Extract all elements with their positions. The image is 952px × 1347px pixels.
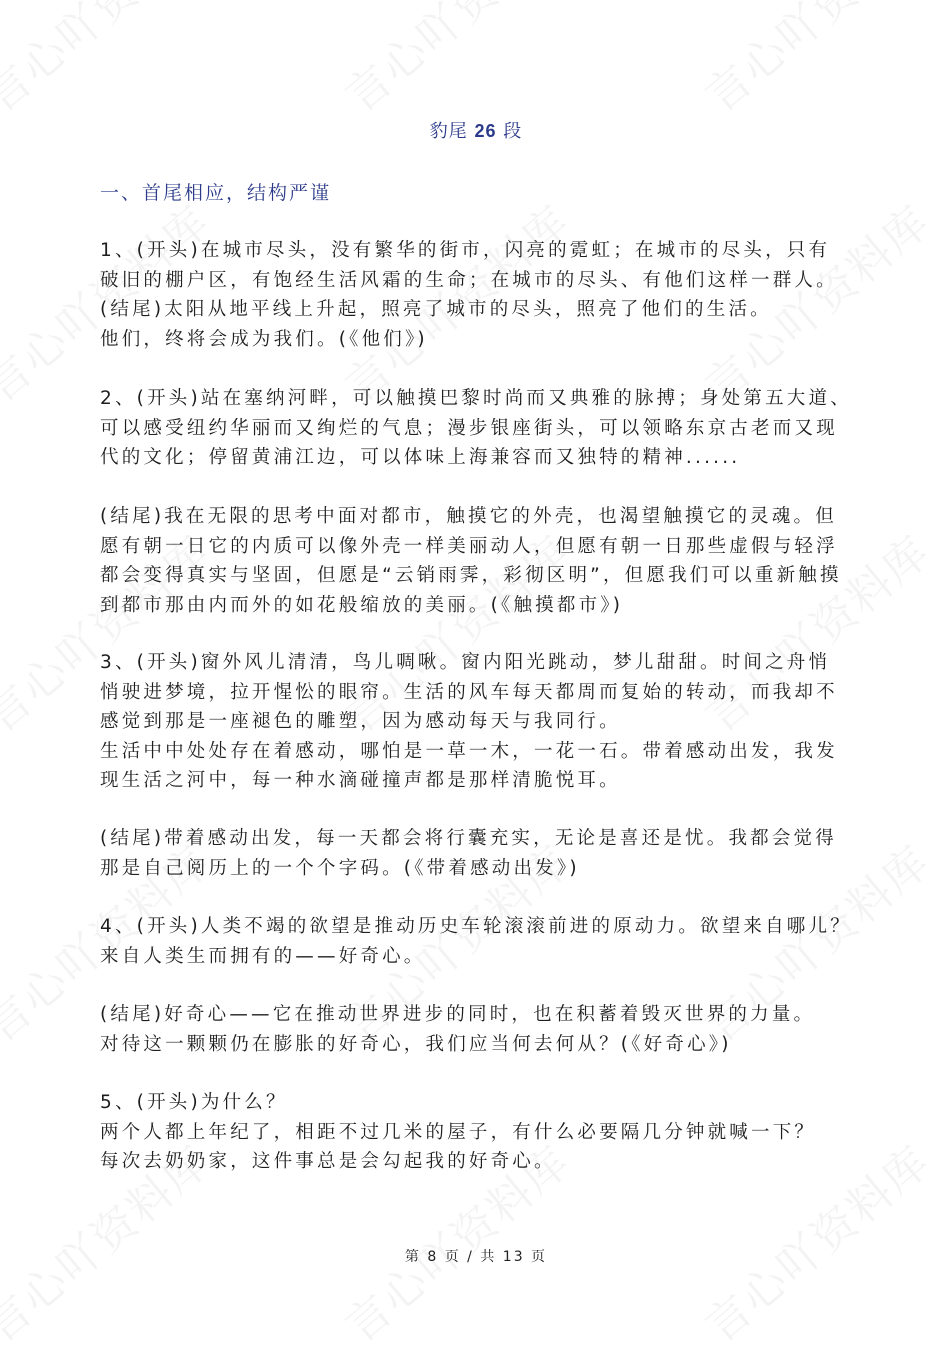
paragraph-line: 1、(开头)在城市尽头，没有繁华的街市，闪亮的霓虹；在城市的尽头，只有: [100, 236, 860, 266]
title-suffix: 段: [503, 121, 522, 142]
paragraph-line: (结尾)好奇心——它在推动世界进步的同时，也在积蓄着毁灭世界的力量。: [100, 1000, 860, 1030]
paragraph-line: 3、(开头)窗外风儿清清，鸟儿啁啾。窗内阳光跳动，梦儿甜甜。时间之舟悄: [100, 648, 860, 678]
paragraph-line: 对待这一颗颗仍在膨胀的好奇心，我们应当何去何从？(《好奇心》): [100, 1030, 860, 1060]
paragraph-line: 生活中中处处存在着感动，哪怕是一草一木，一花一石。带着感动出发，我发: [100, 737, 860, 767]
paragraph: 3、(开头)窗外风儿清清，鸟儿啁啾。窗内阳光跳动，梦儿甜甜。时间之舟悄悄驶进梦境…: [100, 648, 860, 796]
paragraph-line: 到都市那由内而外的如花般缩放的美丽。(《触摸都市》): [100, 591, 860, 621]
paragraph-line: (结尾)太阳从地平线上升起，照亮了城市的尽头，照亮了他们的生活。: [100, 295, 860, 325]
paragraph-line: 都会变得真实与坚固，但愿是“云销雨霁，彩彻区明”，但愿我们可以重新触摸: [100, 561, 860, 591]
paragraph: 1、(开头)在城市尽头，没有繁华的街市，闪亮的霓虹；在城市的尽头，只有破旧的棚户…: [100, 236, 860, 354]
paragraph: 5、(开头)为什么？两个人都上年纪了，相距不过几米的屋子，有什么必要隔几分钟就喊…: [100, 1088, 860, 1177]
paragraph: 4、(开头)人类不竭的欲望是推动历史车轮滚滚前进的原动力。欲望来自哪儿？来自人类…: [100, 912, 860, 971]
page-title: 豹尾 26 段: [0, 117, 952, 143]
paragraph-line: 那是自己阅历上的一个个字码。(《带着感动出发》): [100, 854, 860, 884]
paragraph-line: 来自人类生而拥有的——好奇心。: [100, 942, 860, 972]
paragraph: (结尾)好奇心——它在推动世界进步的同时，也在积蓄着毁灭世界的力量。对待这一颗颗…: [100, 1000, 860, 1059]
title-number: 26: [474, 121, 496, 141]
paragraph-line: 现生活之河中，每一种水滴碰撞声都是那样清脆悦耳。: [100, 766, 860, 796]
document-page: 豹尾 26 段 一、首尾相应，结构严谨 1、(开头)在城市尽头，没有繁华的街市，…: [0, 0, 952, 1347]
paragraph-line: 悄驶进梦境，拉开惺忪的眼帘。生活的风车每天都周而复始的转动，而我却不: [100, 678, 860, 708]
paragraph-line: 愿有朝一日它的内质可以像外壳一样美丽动人，但愿有朝一日那些虚假与轻浮: [100, 532, 860, 562]
paragraph-line: 每次去奶奶家，这件事总是会勾起我的好奇心。: [100, 1147, 860, 1177]
paragraph-line: 5、(开头)为什么？: [100, 1088, 860, 1118]
paragraph-line: 4、(开头)人类不竭的欲望是推动历史车轮滚滚前进的原动力。欲望来自哪儿？: [100, 912, 860, 942]
paragraph: (结尾)带着感动出发，每一天都会将行囊充实，无论是喜还是忧。我都会觉得那是自己阅…: [100, 824, 860, 883]
paragraph: (结尾)我在无限的思考中面对都市，触摸它的外壳，也渴望触摸它的灵魂。但愿有朝一日…: [100, 502, 860, 620]
paragraph-line: (结尾)带着感动出发，每一天都会将行囊充实，无论是喜还是忧。我都会觉得: [100, 824, 860, 854]
paragraph-line: 2、(开头)站在塞纳河畔，可以触摸巴黎时尚而又典雅的脉搏；身处第五大道、: [100, 384, 860, 414]
paragraph-line: 感觉到那是一座褪色的雕塑，因为感动每天与我同行。: [100, 707, 860, 737]
page-footer: 第 8 页 / 共 13 页: [0, 1246, 952, 1266]
paragraph-line: 破旧的棚户区，有饱经生活风霜的生命；在城市的尽头、有他们这样一群人。: [100, 266, 860, 296]
paragraph-line: 可以感受纽约华丽而又绚烂的气息；漫步银座街头，可以领略东京古老而又现: [100, 414, 860, 444]
title-prefix: 豹尾: [430, 121, 468, 142]
paragraph-line: 两个人都上年纪了，相距不过几米的屋子，有什么必要隔几分钟就喊一下？: [100, 1118, 860, 1148]
paragraph-line: 他们，终将会成为我们。(《他们》): [100, 325, 860, 355]
paragraph: 2、(开头)站在塞纳河畔，可以触摸巴黎时尚而又典雅的脉搏；身处第五大道、可以感受…: [100, 384, 860, 473]
paragraph-line: 代的文化；停留黄浦江边，可以体味上海兼容而又独特的精神......: [100, 443, 860, 473]
paragraph-line: (结尾)我在无限的思考中面对都市，触摸它的外壳，也渴望触摸它的灵魂。但: [100, 502, 860, 532]
section-heading: 一、首尾相应，结构严谨: [100, 178, 331, 205]
